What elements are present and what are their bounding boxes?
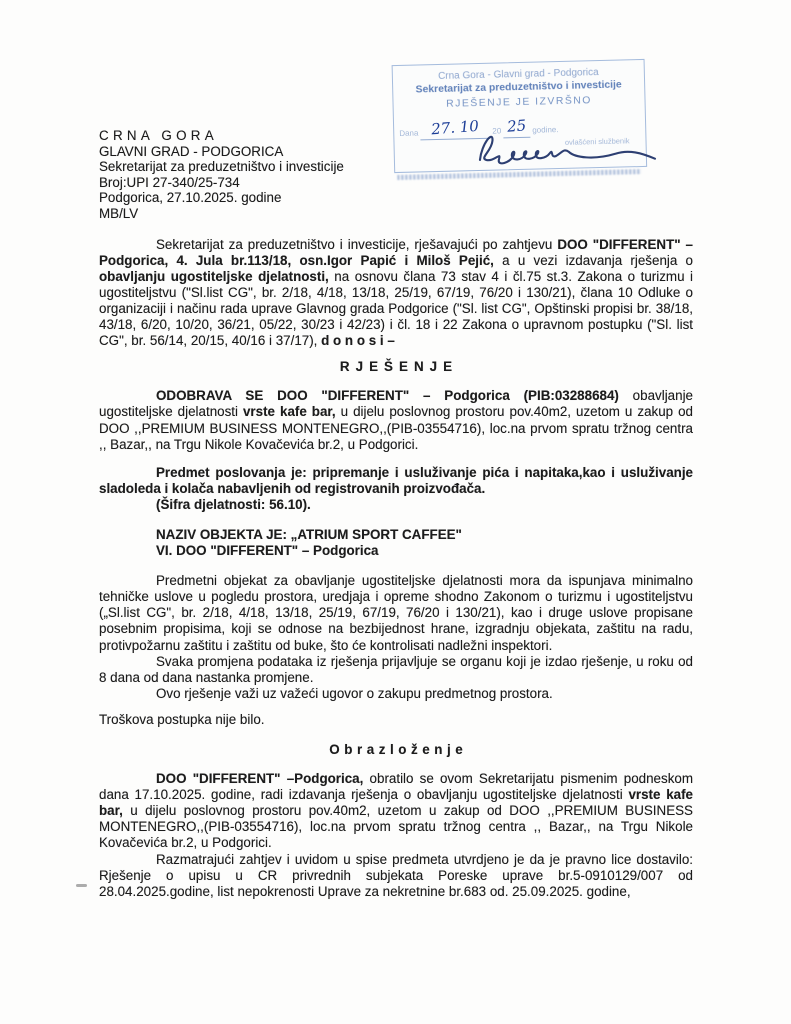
letterhead: CRNA GORA GLAVNI GRAD - PODGORICA Sekret… (99, 128, 693, 222)
paragraph-activity-code: (Šifra djelatnosti: 56.10). (99, 497, 693, 513)
scan-artifact-dash (76, 884, 87, 887)
letterhead-country: CRNA GORA (99, 128, 693, 144)
letterhead-place-date: Podgorica, 27.10.2025. godine (99, 190, 693, 206)
document-page: Crna Gora - Glavni grad - Podgorica Sekr… (0, 0, 791, 1024)
paragraph-approval: ODOBRAVA SE DOO "DIFFERENT" – Podgorica … (99, 388, 693, 452)
letterhead-city: GLAVNI GRAD - PODGORICA (99, 144, 693, 160)
letterhead-case-number: Broj:UPI 27-340/25-734 (99, 175, 693, 191)
paragraph-intro: Sekretarijat za preduzetništvo i investi… (99, 237, 693, 350)
paragraph-conditions: Predmetni objekat za obavljanje ugostite… (99, 573, 693, 653)
paragraph-validity: Ovo rješenje važi uz važeći ugovor o zak… (99, 686, 693, 702)
paragraph-rationale-2: Razmatrajući zahtjev i uvidom u spise pr… (99, 852, 693, 900)
heading-decision: RJEŠENJE (99, 359, 693, 375)
paragraph-change-notice: Svaka promjena podataka iz rješenja prij… (99, 654, 693, 686)
letterhead-department: Sekretarijat za preduzetništvo i investi… (99, 159, 693, 175)
document-body: CRNA GORA GLAVNI GRAD - PODGORICA Sekret… (99, 128, 693, 900)
paragraph-costs: Troškova postupka nije bilo. (99, 712, 693, 728)
heading-rationale: Obrazloženje (99, 742, 693, 758)
letterhead-initials: MB/LV (99, 206, 693, 222)
paragraph-object-name: NAZIV OBJEKTA JE: „ATRIUM SPORT CAFFEE" (99, 527, 693, 543)
paragraph-business-subject: Predmet poslovanja je: pripremanje i usl… (99, 465, 693, 497)
paragraph-rationale-1: DOO "DIFFERENT" –Podgorica, obratilo se … (99, 771, 693, 851)
paragraph-owner: VI. DOO "DIFFERENT" – Podgorica (99, 543, 693, 559)
